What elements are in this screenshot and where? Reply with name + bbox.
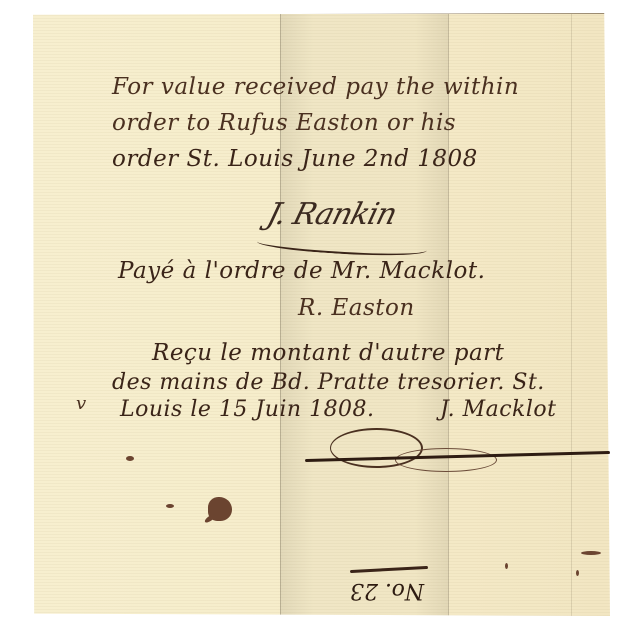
ink-stain-small <box>126 456 134 461</box>
endorsement-line-2: order to Rufus Easton or his <box>112 110 456 136</box>
document-number: No. 23 <box>350 578 424 603</box>
endorsement-line-1: For value received pay the within <box>112 74 519 100</box>
fold-line-right <box>448 14 449 616</box>
signature-macklot: J. Macklot <box>440 397 557 422</box>
signature-rankin: J. Rankin <box>263 197 400 232</box>
french-endorsement-line: Payé à l'ordre de Mr. Macklot. <box>118 258 485 284</box>
receipt-line-2: des mains de Bd. Pratte tresorier. St. <box>112 370 545 395</box>
ink-stain-small <box>166 504 174 508</box>
signature-flourish-loop <box>395 448 497 472</box>
endorsement-line-3: order St. Louis June 2nd 1808 <box>112 146 478 172</box>
signature-easton: R. Easton <box>298 295 415 321</box>
margin-mark: v <box>76 393 86 414</box>
fold-line-left <box>280 14 281 616</box>
receipt-line-1: Reçu le montant d'autre part <box>152 340 504 366</box>
receipt-line-3: Louis le 15 Juin 1808. <box>120 397 375 422</box>
ink-speck <box>505 563 508 569</box>
fold-line-far-right <box>571 14 572 616</box>
ink-speck <box>576 570 579 576</box>
ink-stain-small <box>581 551 601 555</box>
